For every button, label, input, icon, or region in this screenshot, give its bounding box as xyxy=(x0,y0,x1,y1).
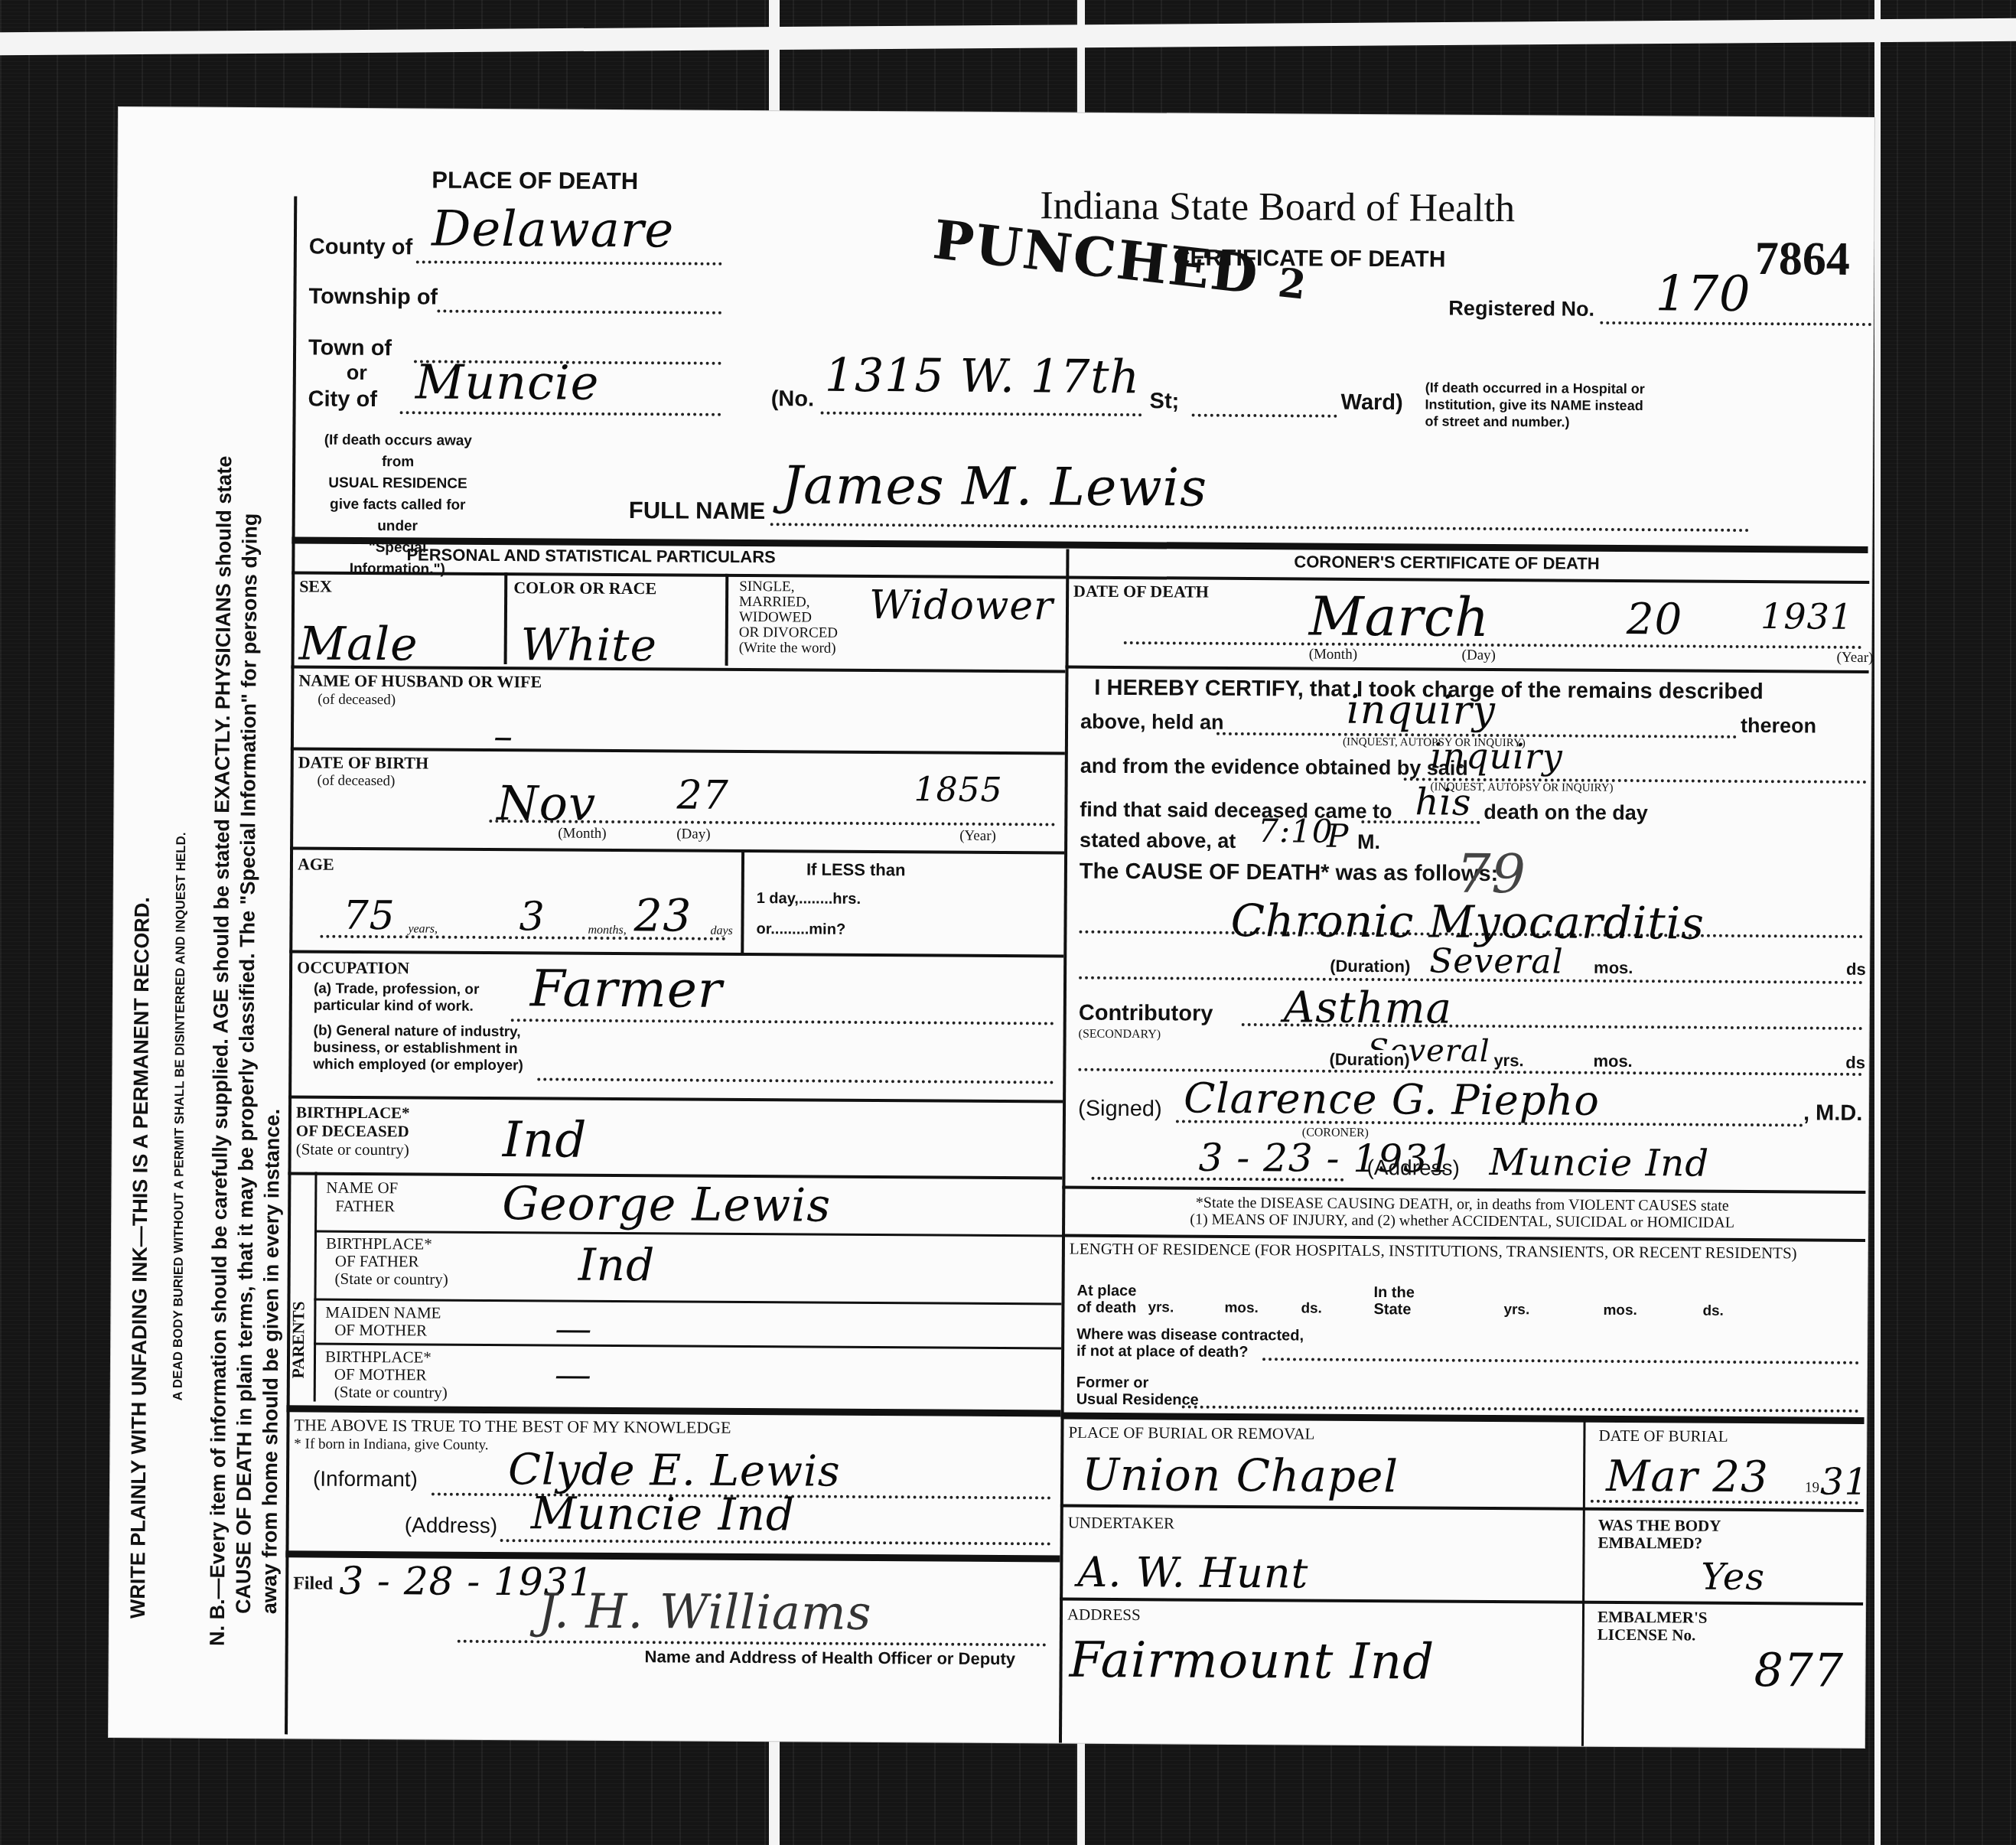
town-label: Town of xyxy=(308,336,392,362)
burial-place-label: PLACE OF BURIAL OR REMOVAL xyxy=(1068,1423,1314,1444)
dob-year[interactable]: 1855 xyxy=(914,770,1002,810)
informant-label: (Informant) xyxy=(313,1467,418,1492)
city-value[interactable]: Muncie xyxy=(415,354,600,410)
frame-center xyxy=(1059,549,1070,1743)
held-value[interactable]: inquiry xyxy=(1347,687,1496,734)
sex-value[interactable]: Male xyxy=(299,617,419,671)
license-value[interactable]: 877 xyxy=(1754,1644,1844,1698)
in-state-ds: ds. xyxy=(1702,1303,1724,1320)
md-label: , M.D. xyxy=(1803,1100,1863,1126)
informant-address-label: (Address) xyxy=(405,1513,498,1538)
dob-label: DATE OF BIRTH xyxy=(298,752,429,773)
coroner-address-value[interactable]: Muncie Ind xyxy=(1489,1141,1709,1185)
undertaker-label: UNDERTAKER xyxy=(1068,1514,1175,1534)
age-label: AGE xyxy=(298,854,334,874)
embalmed-label: WAS THE BODY EMBALMED? xyxy=(1598,1517,1721,1553)
undertaker-address-label: ADDRESS xyxy=(1067,1605,1141,1625)
evidence-label: and from the evidence obtained by said xyxy=(1080,755,1468,781)
death-ampm[interactable]: P xyxy=(1327,817,1350,855)
thereon-label: thereon xyxy=(1741,714,1816,738)
registered-label: Registered No. xyxy=(1448,297,1594,321)
coroner-signature[interactable]: Clarence G. Piepho xyxy=(1184,1074,1600,1125)
m-label: M. xyxy=(1357,830,1380,854)
less-day-label: 1 day,........hrs. xyxy=(757,890,861,908)
duration-value[interactable]: Several xyxy=(1429,941,1564,981)
street-no-label: (No. xyxy=(771,386,815,412)
county-value[interactable]: Delaware xyxy=(432,201,675,259)
full-name-label: FULL NAME xyxy=(629,497,766,525)
mother-birthplace-label: BIRTHPLACE* OF MOTHER (State or country) xyxy=(325,1348,448,1402)
indiana-note: * If born in Indiana, give County. xyxy=(294,1436,488,1454)
at-place-ds: ds. xyxy=(1301,1300,1322,1317)
stated-above-label: stated above, at xyxy=(1080,829,1236,853)
birthplace-value[interactable]: Ind xyxy=(503,1112,588,1169)
sex-label: SEX xyxy=(299,576,332,596)
burial-date-label: DATE OF BURIAL xyxy=(1598,1426,1728,1446)
form-title: Indiana State Board of Health xyxy=(1040,183,1515,231)
at-place-mos: mos. xyxy=(1224,1300,1258,1317)
dod-month[interactable]: March xyxy=(1309,585,1490,649)
margin-nb-3: away from home should be given in every … xyxy=(258,1109,285,1646)
mother-birthplace-value[interactable]: — xyxy=(555,1354,592,1397)
dod-year[interactable]: 1931 xyxy=(1760,595,1853,637)
or-label: or xyxy=(347,361,367,385)
death-time[interactable]: 7:10 xyxy=(1258,812,1334,850)
registrar-signature: J. H. Williams xyxy=(538,1583,872,1641)
contrib-duration-label: (Duration) xyxy=(1329,1050,1409,1071)
contracted-label: Where was disease contracted, if not at … xyxy=(1076,1326,1304,1361)
contributory-label: Contributory xyxy=(1079,1001,1213,1027)
st-label: St; xyxy=(1150,389,1180,414)
cause-footnote: *State the DISEASE CAUSING DEATH, or, in… xyxy=(1106,1194,1818,1232)
license-label: EMBALMER'S LICENSE No. xyxy=(1597,1609,1708,1645)
city-label: City of xyxy=(308,387,377,413)
contrib-yrs-label: yrs. xyxy=(1493,1051,1523,1071)
margin-permit-note: A DEAD BODY BURIED WITHOUT A PERMIT SHAL… xyxy=(171,832,190,1400)
informant-address-value[interactable]: Muncie Ind xyxy=(531,1487,796,1540)
race-label: COLOR OR RACE xyxy=(513,578,656,598)
dod-day-caption: (Day) xyxy=(1462,647,1496,664)
held-label: above, held an xyxy=(1080,710,1224,735)
coroner-address-label: (Address) xyxy=(1366,1156,1460,1181)
dob-month-caption: (Month) xyxy=(558,826,606,843)
contrib-ds-label: ds xyxy=(1845,1053,1865,1073)
occupation-label: OCCUPATION xyxy=(297,957,409,978)
race-value[interactable]: White xyxy=(521,618,658,671)
at-place-label: At place of death xyxy=(1076,1283,1136,1316)
registered-number: 170 xyxy=(1655,266,1751,323)
dob-month[interactable]: Nov xyxy=(497,775,596,832)
place-of-death-heading: PLACE OF DEATH xyxy=(432,167,638,196)
duration-mos-label: mos. xyxy=(1594,958,1633,978)
coroner-heading: CORONER'S CERTIFICATE OF DEATH xyxy=(1294,552,1599,573)
dod-year-caption: (Year) xyxy=(1837,650,1874,667)
undertaker-value[interactable]: A. W. Hunt xyxy=(1077,1548,1308,1598)
years-caption: years, xyxy=(408,922,438,936)
personal-heading: PERSONAL AND STATISTICAL PARTICULARS xyxy=(406,545,776,567)
occupation-b-label: (b) General nature of industry, business… xyxy=(313,1023,523,1075)
burial-date-value[interactable]: Mar 23 xyxy=(1606,1452,1769,1502)
marital-value[interactable]: Widower xyxy=(869,582,1054,629)
in-state-label: In the State xyxy=(1373,1284,1415,1318)
dod-month-caption: (Month) xyxy=(1309,647,1357,663)
burial-place-value[interactable]: Union Chapel xyxy=(1082,1449,1399,1503)
less-than-label: If LESS than xyxy=(806,860,906,881)
dob-day[interactable]: 27 xyxy=(676,772,729,818)
spouse-label: NAME OF HUSBAND OR WIFE xyxy=(298,670,542,692)
death-certificate: WRITE PLAINLY WITH UNFADING INK—THIS IS … xyxy=(109,107,1874,1748)
hospital-note: (If death occurred in a Hospital or Inst… xyxy=(1425,379,1646,431)
burial-year-value[interactable]: 31 xyxy=(1820,1461,1868,1504)
father-birthplace-value[interactable]: Ind xyxy=(578,1239,656,1292)
file-number: 7864 xyxy=(1755,232,1850,287)
film-stripe xyxy=(0,18,2016,55)
mother-name-label: MAIDEN NAME OF MOTHER xyxy=(325,1304,441,1340)
came-to-value[interactable]: his xyxy=(1415,781,1471,823)
true-statement: THE ABOVE IS TRUE TO THE BEST OF MY KNOW… xyxy=(294,1415,731,1437)
residence-heading: LENGTH OF RESIDENCE (FOR HOSPITALS, INST… xyxy=(1070,1240,1858,1263)
spouse-sub: (of deceased) xyxy=(318,692,396,709)
birthplace-label: BIRTHPLACE* OF DECEASED (State or countr… xyxy=(296,1103,410,1159)
death-day-label: death on the day xyxy=(1484,800,1648,825)
duration-ds-label: ds xyxy=(1846,960,1866,980)
burial-year-prefix: 19 xyxy=(1805,1479,1819,1496)
dob-year-caption: (Year) xyxy=(959,828,996,845)
dob-day-caption: (Day) xyxy=(676,826,710,843)
full-name-value[interactable]: James M. Lewis xyxy=(782,455,1208,518)
age-years[interactable]: 75 xyxy=(343,893,396,939)
marital-label: SINGLE, MARRIED, WIDOWED OR DIVORCED (Wr… xyxy=(739,579,839,657)
at-place-yrs: yrs. xyxy=(1148,1299,1174,1316)
cause-label: The CAUSE OF DEATH* was as follows: xyxy=(1080,859,1499,887)
father-name-label: NAME OF FATHER xyxy=(326,1178,398,1216)
dob-sub: (of deceased) xyxy=(318,773,396,790)
in-state-yrs: yrs. xyxy=(1503,1302,1529,1319)
former-residence-label: Former or Usual Residence xyxy=(1076,1374,1199,1409)
contrib-mos-label: mos. xyxy=(1593,1051,1633,1071)
embalmed-value[interactable]: Yes xyxy=(1701,1556,1765,1599)
secondary-label: (SECONDARY) xyxy=(1079,1028,1161,1042)
county-label: County of xyxy=(309,235,413,261)
age-days[interactable]: 23 xyxy=(633,889,692,941)
frame-left xyxy=(285,196,297,1734)
age-months[interactable]: 3 xyxy=(519,894,545,940)
margin-warning: WRITE PLAINLY WITH UNFADING INK—THIS IS … xyxy=(126,897,155,1618)
duration-label: (Duration) xyxy=(1330,957,1410,977)
father-name-value[interactable]: George Lewis xyxy=(502,1177,831,1233)
film-divider xyxy=(1874,0,1881,1845)
signed-label: (Signed) xyxy=(1078,1097,1162,1123)
filed-label: Filed xyxy=(293,1573,333,1594)
street-value[interactable]: 1315 W. 17th xyxy=(825,349,1141,405)
township-label: Township of xyxy=(308,285,438,311)
occupation-value[interactable]: Farmer xyxy=(530,959,723,1019)
father-birthplace-label: BIRTHPLACE* OF FATHER (State or country) xyxy=(326,1235,449,1289)
undertaker-address-value[interactable]: Fairmount Ind xyxy=(1069,1632,1435,1691)
parents-label: PARENTS xyxy=(288,1301,309,1378)
dod-label: DATE OF DEATH xyxy=(1073,582,1209,602)
margin-nb-2: CAUSE OF DEATH in plain terms, that it m… xyxy=(232,513,262,1647)
registrar-caption: Name and Address of Health Officer or De… xyxy=(645,1647,1016,1669)
evidence-value[interactable]: inquiry xyxy=(1431,735,1563,777)
occupation-a-label: (a) Trade, profession, or particular kin… xyxy=(314,981,480,1015)
ward-label: Ward) xyxy=(1341,390,1403,416)
dod-day[interactable]: 20 xyxy=(1627,595,1683,644)
spouse-value[interactable]: – xyxy=(493,714,513,758)
less-min-label: or.........min? xyxy=(756,921,845,939)
months-caption: months, xyxy=(588,924,626,937)
in-state-mos: mos. xyxy=(1603,1302,1637,1319)
days-caption: days xyxy=(710,924,732,938)
